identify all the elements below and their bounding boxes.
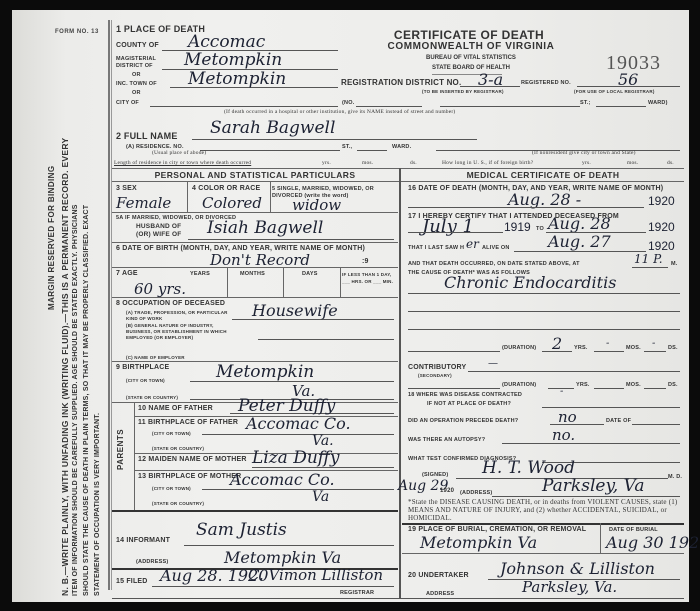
father-label: 10 NAME OF FATHER [138,405,213,412]
medical-address-value: Parksley, Va [542,476,644,496]
cause-line-3 [408,329,680,330]
duration2-label: (DURATION) [502,382,536,388]
informant-address-value: Metompkin Va [224,548,341,567]
duration-mos-line [594,351,624,352]
mother-birth-state-label: (STATE OR COUNTRY) [152,501,204,506]
informant-value: Sam Justis [196,520,287,540]
cause-value: Chronic Endocarditis [444,273,616,292]
length-yrs: yrs. [322,160,331,166]
burial-place-label: 19 PLACE OF BURIAL, CREMATION, OR REMOVA… [408,526,586,533]
occurred-label: AND THAT DEATH OCCURRED, ON DATE STATED … [408,261,580,267]
registrar-label: REGISTRAR [340,590,374,596]
instructions-line-1: N. B.—WRITE PLAINLY, WITH UNFADING INK (… [60,138,70,596]
occupation-label: 8 OCCUPATION OF DECEASED [116,300,225,307]
spouse-label-2: HUSBAND OF [136,223,181,230]
duration-mos-value: - [606,338,609,349]
father-birth-state-value: Va. [312,433,334,449]
undertaker-address-label: ADDRESS [426,591,454,597]
city-label: CITY OF [116,100,139,106]
bureau-title: BUREAU OF VITAL STATISTICS [351,55,591,61]
binding-note: MARGIN RESERVED FOR BINDING [47,166,56,310]
race-divider [270,182,271,212]
sex-label: 3 SEX [116,185,137,192]
personal-heading: PERSONAL AND STATISTICAL PARTICULARS [112,170,398,180]
mother-birth-label: 13 BIRTHPLACE OF MOTHER [138,473,241,480]
street-line [440,106,580,107]
residence-line [200,150,340,151]
bottom-rule [112,598,684,599]
to-label: TO [536,226,544,232]
residence-st-line [357,150,387,151]
autopsy-label: WAS THERE AN AUTOPSY? [408,437,485,443]
margin-divider [108,20,110,590]
foreign-mos: mos. [627,160,638,166]
instructions-line-2: ITEM OF INFORMATION SHOULD BE CAREFULLY … [72,204,79,596]
age-days-label: DAYS [302,271,318,277]
age-value: 60 yrs. [134,280,186,298]
form-number: FORM NO. 13 [55,29,99,35]
dod-line [408,207,644,208]
footnote: *State the DISEASE CAUSING DEATH, or in … [408,498,683,522]
reg-district-value: 3-a [478,70,503,89]
length-residence-label: Length of residence in city or town wher… [114,160,251,166]
burial-date-value: Aug 30 1920 [606,533,700,552]
divider-informant [112,510,398,512]
occurred-line [632,267,668,268]
operation-value: no [558,408,577,426]
instructions-line-4: STATEMENT OF OCCUPATION IS VERY IMPORTAN… [94,413,101,596]
city-line [150,106,338,107]
undertaker-value: Johnson & Lilliston [500,559,655,578]
autopsy-value: no. [552,426,575,444]
m-label: M. [671,261,678,267]
duration-yrs-line [542,351,572,352]
secondary-label: (SECONDARY) [418,373,452,378]
father-birth-city-value: Accomac Co. [246,414,351,433]
last-saw-pronoun: er [466,237,479,251]
cause-line-1 [408,293,680,294]
burial-divider [600,523,601,553]
occurred-time: 11 P. [634,252,663,266]
duration-ds-value: - [652,338,655,349]
reg-district-note: (TO BE INSERTED BY REGISTRAR) [422,89,504,94]
nonresident-note: (If nonresident give city or town and St… [532,150,636,156]
board-title: STATE BOARD OF HEALTH [351,65,591,71]
divider-6 [112,242,398,243]
last-saw-date: Aug. 27 [548,232,611,251]
age-months-label: MONTHS [240,271,265,277]
dod-year: 1920 [648,194,675,208]
sex-divider [187,182,188,212]
father-birth-state-label: (STATE OR COUNTRY) [152,446,204,451]
birthplace-city-label: (CITY OR TOWN) [126,378,165,383]
divider-5a [112,212,398,213]
or-label-2: OR [132,90,141,96]
registered-no-value: 56 [618,70,638,89]
duration2-mos-label: MOS. [626,382,641,388]
duration-ds-label: DS. [668,345,678,351]
foreign-birth-label: How long in U. S., if of foreign birth? [442,160,533,166]
county-label: COUNTY OF [116,42,159,49]
full-name-line [192,139,477,140]
magisterial-value: Metompkin [184,50,282,70]
divider-top [112,168,684,169]
ward-line [596,106,646,107]
duration2-ds-label: DS. [668,382,678,388]
no-label: (NO. [342,100,354,106]
father-value: Peter Duffy [238,396,335,416]
signed-value: H. T. Wood [482,458,575,478]
age-less-label: IF LESS THAN 1 DAY, ___ HRS. OR ___ MIN. [342,271,396,285]
burial-place-value: Metompkin Va [420,533,537,552]
birthplace-city-value: Metompkin [216,362,314,382]
divider-burial [402,523,684,525]
death-certificate: FORM NO. 13 MARGIN RESERVED FOR BINDING … [12,10,689,602]
attended-to-value: Aug. 28 [548,214,611,233]
father-birth-city-label: (CITY OR TOWN) [152,431,191,436]
spouse-label-3: (OR) WIFE OF [136,231,181,238]
autopsy-line [502,443,680,444]
commonwealth-title: COMMONWEALTH OF VIRGINIA [351,41,591,52]
age-label: 7 AGE [116,270,138,277]
cause-line-2 [408,311,680,312]
registered-no-label: REGISTERED NO. [521,80,571,86]
occupation-b-line [258,339,394,340]
attended-from-value: July 1 [422,216,474,237]
alive-on-label: ALIVE ON [482,245,510,251]
age-years-label: YEARS [190,271,210,277]
duration2-ds-line [644,388,666,389]
father-birth-label: 11 BIRTHPLACE OF FATHER [138,419,238,426]
contracted-value: - [560,386,563,397]
contributory-line [468,371,680,372]
mother-label: 12 MAIDEN NAME OF MOTHER [138,456,247,463]
spouse-line [188,239,394,240]
informant-line [184,545,394,546]
duration-label: (DURATION) [502,345,536,351]
county-value: Accomac [188,32,265,52]
column-divider [399,168,401,598]
filed-label: 15 FILED [116,578,148,585]
margin-divider-inner [111,20,112,590]
undertaker-address-value: Parksley, Va. [522,578,617,596]
md-label: M. D. [668,474,682,480]
residence-ward: WARD. [392,144,411,150]
last-saw-year: 1920 [648,239,675,253]
foreign-ds: ds. [667,160,674,166]
attended-from-year: 1919 [504,220,531,234]
parents-divider [134,402,135,510]
residence-st: ST., [342,144,352,150]
divider-8 [112,297,398,298]
informant-address-label: (ADDRESS) [136,559,168,565]
occupation-a-label: (A) TRADE, PROFESSION, OR PARTICULAR KIN… [126,310,236,322]
town-label: INC. TOWN OF [116,81,157,87]
duration-mos-label: MOS. [626,345,641,351]
duration-ds-line [644,351,666,352]
occupation-a-value: Housewife [252,301,338,320]
duration2-mos-line [594,388,624,389]
duration2-line-1 [408,388,500,389]
mother-value: Liza Duffy [252,448,339,468]
binding-margin: FORM NO. 13 MARGIN RESERVED FOR BINDING … [12,10,104,602]
residence-note: (Usual place of abode) [152,150,206,156]
sex-value: Female [116,194,171,212]
spouse-value: Isiah Bagwell [207,218,323,238]
magisterial-label-2: DISTRICT OF [116,63,153,69]
or-label-1: OR [132,72,141,78]
mother-birth-city-line [202,489,394,490]
signed-year: 1920 [440,488,454,494]
divider-7 [112,267,398,268]
duration-line-1 [408,351,500,352]
mother-birth-state-value: Va [312,489,329,505]
reg-district-label: REGISTRATION DISTRICT NO. [341,78,461,87]
town-value: Metompkin [188,69,286,89]
no-line [356,106,422,107]
medical-address-line [492,496,680,497]
st-label: ST.; [580,100,591,106]
age-divider-3 [340,267,341,297]
hospital-note: (If death occurred in a hospital or othe… [224,109,455,115]
date-of-line [632,424,680,425]
age-divider-1 [227,267,228,297]
birthplace-label: 9 BIRTHPLACE [116,364,169,371]
age-divider-2 [283,267,284,297]
divider-undertaker [402,553,684,554]
occupation-c-label: (C) NAME OF EMPLOYER [126,355,185,360]
mother-birth-city-value: Accomac Co. [230,470,335,489]
dob-year: :9 [362,258,369,265]
full-name-label: 2 FULL NAME [116,131,178,141]
full-name-value: Sarah Bagwell [210,118,335,138]
undertaker-label: 20 UNDERTAKER [408,572,469,579]
ward-label: WARD) [648,100,668,106]
operation-label: DID AN OPERATION PRECEDE DEATH? [408,418,518,424]
medical-heading: MEDICAL CERTIFICATE OF DEATH [402,170,684,180]
contracted-label-2: IF NOT AT PLACE OF DEATH? [427,401,511,407]
contracted-label-1: 18 WHERE WAS DISEASE CONTRACTED [408,392,522,398]
last-saw-label: THAT I LAST SAW H [408,245,464,251]
duration-yrs-label: YRS. [574,345,588,351]
contributory-value: — [488,358,498,369]
informant-label: 14 INFORMANT [116,537,170,544]
contributory-label: CONTRIBUTORY [408,364,466,371]
father-birth-city-line [202,434,394,435]
registered-no-note: (FOR USE OF LOCAL REGISTRAR) [574,89,655,94]
attended-to-year: 1920 [648,220,675,234]
length-mos: mos. [362,160,373,166]
race-value: Colored [202,194,262,212]
registrar-value: C. Vimon Lilliston [248,566,383,584]
attended-from-line [408,232,503,233]
foreign-yrs: yrs. [582,160,591,166]
divider-heading [112,181,684,182]
certificate-title: CERTIFICATE OF DEATH [369,28,569,42]
medical-address-label: (ADDRESS) [460,490,492,496]
occupation-b-label: (B) GENERAL NATURE OF INDUSTRY, BUSINESS… [126,323,236,341]
filed-line [152,586,394,587]
length-ds: ds. [410,160,417,166]
magisterial-label-1: MAGISTERIAL [116,56,156,62]
last-saw-line [514,251,646,252]
race-label: 4 COLOR OR RACE [192,185,260,192]
duration2-yrs-label: YRS. [576,382,590,388]
instructions-line-3: SHOULD STATE THE CAUSE OF DEATH IN PLAIN… [83,205,90,596]
date-of-label: DATE OF [606,418,631,424]
parents-side-label: PARENTS [116,429,125,470]
birthplace-state-label: (STATE OR COUNTRY) [126,395,178,400]
mother-birth-city-label: (CITY OR TOWN) [152,486,191,491]
